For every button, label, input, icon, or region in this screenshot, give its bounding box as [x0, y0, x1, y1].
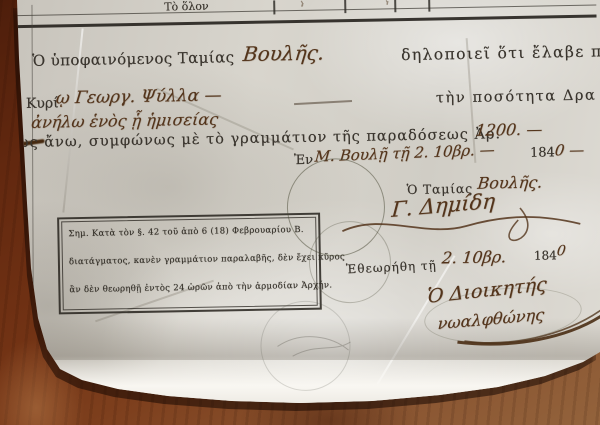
declaration-printed-text: Ὁ ὑποφαινόμενος Ταμίας — [32, 48, 235, 70]
table-column-divider — [428, 0, 430, 12]
verified-date-handwritten: 2. 10βρ. — [441, 247, 507, 267]
amount-printed-text: τὴν ποσότητα Δρα — [436, 88, 597, 107]
recipient-name-handwritten: ῳ Γεωργ. Ψύλλα — — [55, 85, 223, 108]
fill-in-dash — [294, 100, 352, 105]
verified-year-printed: 184 — [534, 248, 557, 262]
receipt-number-handwritten: 1200. — — [475, 120, 544, 140]
round-stamp — [260, 300, 352, 392]
table-column-divider — [394, 0, 396, 12]
regulation-note-line: Σημ. Κατὰ τὸν §. 42 τοῦ ἀπὸ 6 (18) Φεβρο… — [68, 225, 312, 239]
table-column-divider — [273, 0, 275, 14]
header-rule-thin — [0, 5, 596, 17]
amount-note-handwritten: ἀνήλω ἑνὸς ᾗ ἡμισείας — [30, 109, 219, 131]
treasury-name-handwritten: Βουλῆς. — [242, 41, 326, 67]
regulation-note-line: ἂν δὲν θεωρηθῇ ἐντὸς 24 ὡρῶν ἀπὸ τὴν ἁρμ… — [69, 281, 313, 295]
table-column-divider — [344, 0, 346, 13]
header-rule-thick — [0, 15, 597, 29]
verified-printed-label: Ἐθεωρήθη τῇ — [346, 258, 437, 276]
recipient-printed-prefix: Κυρί — [26, 95, 59, 112]
year-printed: 184 — [530, 145, 555, 160]
regulation-note-box: Σημ. Κατὰ τὸν §. 42 τοῦ ἀπὸ 6 (18) Φεβρο… — [57, 213, 322, 315]
photo-of-historical-document: Τὸ ὅλον ΕΛΛΗΝΙΚΟ Ὁ ὑποφαινόμενος Ταμίας … — [0, 0, 600, 425]
regulation-note-line: διατάγματος, κανὲν γραμμάτιον παραλαβῆς,… — [69, 253, 313, 267]
printed-form: Τὸ ὅλον ΕΛΛΗΝΙΚΟ Ὁ ὑποφαινόμενος Ταμίας … — [0, 0, 600, 425]
year-digit-handwritten: 0 — — [554, 141, 585, 160]
declaration-printed-text: δηλοποιεῖ ὅτι ἔλαβε π — [401, 42, 600, 64]
verified-year-digit-handwritten: 0 — [556, 243, 567, 259]
document-paper: Τὸ ὅλον ΕΛΛΗΝΙΚΟ Ὁ ὑποφαινόμενος Ταμίας … — [0, 0, 600, 425]
